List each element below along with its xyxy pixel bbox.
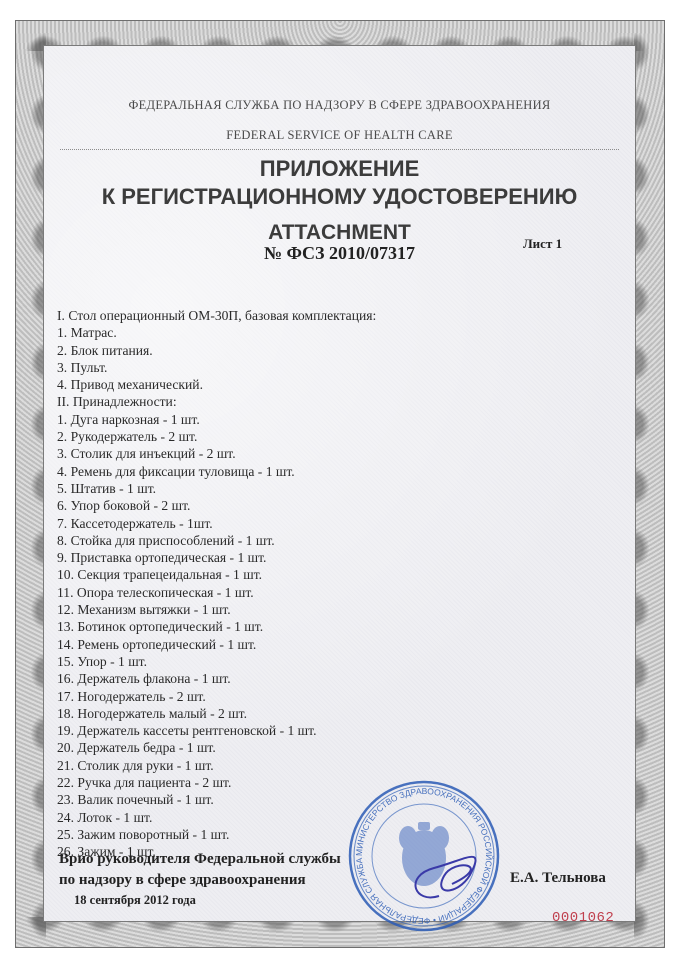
double-headed-eagle-icon [399, 822, 449, 886]
document-title-line2: К РЕГИСТРАЦИОННОМУ УДОСТОВЕРЕНИЮ [44, 184, 635, 210]
official-stamp-icon: МИНИСТЕРСТВО ЗДРАВООХРАНЕНИЯ РОССИЙСКОЙ … [344, 776, 504, 936]
divider [60, 149, 619, 150]
list-item: 2. Рукодержатель - 2 шт. [57, 428, 376, 445]
list-item: 20. Держатель бедра - 1 шт. [57, 739, 376, 756]
list-item: 21. Столик для руки - 1 шт. [57, 757, 376, 774]
list-item: 10. Секция трапецеидальная - 1 шт. [57, 566, 376, 583]
list-item: 5. Штатив - 1 шт. [57, 480, 376, 497]
equipment-list: I. Стол операционный ОМ-30П, базовая ком… [57, 307, 376, 861]
signatory-title-line1: Врио руководителя Федеральной службы [59, 849, 341, 870]
document-title-line1: ПРИЛОЖЕНИЕ [44, 156, 635, 182]
signatory-title-line2: по надзору в сфере здравоохранения [59, 870, 341, 891]
list-item: 3. Пульт. [57, 359, 376, 376]
list-item: 4. Привод механический. [57, 376, 376, 393]
list-item: 9. Приставка ортопедическая - 1 шт. [57, 549, 376, 566]
list-item: 14. Ремень ортопедический - 1 шт. [57, 636, 376, 653]
list-item: 19. Держатель кассеты рентгеновской - 1 … [57, 722, 376, 739]
list-item: II. Принадлежности: [57, 393, 376, 410]
list-item: 11. Опора телескопическая - 1 шт. [57, 584, 376, 601]
sheet-number: Лист 1 [523, 236, 562, 252]
list-item: 12. Механизм вытяжки - 1 шт. [57, 601, 376, 618]
list-item: 16. Держатель флакона - 1 шт. [57, 670, 376, 687]
list-item: 7. Кассетодержатель - 1шт. [57, 515, 376, 532]
list-item: 15. Упор - 1 шт. [57, 653, 376, 670]
signing-date: 18 сентября 2012 года [74, 893, 196, 908]
list-item: 6. Упор боковой - 2 шт. [57, 497, 376, 514]
serial-number: 0001062 [552, 910, 614, 926]
list-item: 22. Ручка для пациента - 2 шт. [57, 774, 376, 791]
list-item: 25. Зажим поворотный - 1 шт. [57, 826, 376, 843]
list-item: 18. Ногодержатель малый - 2 шт. [57, 705, 376, 722]
document-panel: ФЕДЕРАЛЬНАЯ СЛУЖБА ПО НАДЗОРУ В СФЕРЕ ЗД… [43, 45, 636, 922]
organization-name-ru: ФЕДЕРАЛЬНАЯ СЛУЖБА ПО НАДЗОРУ В СФЕРЕ ЗД… [44, 98, 635, 113]
organization-name-en: FEDERAL SERVICE OF HEALTH CARE [44, 128, 635, 143]
list-item: 1. Дуга наркозная - 1 шт. [57, 411, 376, 428]
list-item: 24. Лоток - 1 шт. [57, 809, 376, 826]
list-item: 17. Ногодержатель - 2 шт. [57, 688, 376, 705]
list-item: 1. Матрас. [57, 324, 376, 341]
signatory-title: Врио руководителя Федеральной службы по … [59, 849, 341, 891]
list-item: 13. Ботинок ортопедический - 1 шт. [57, 618, 376, 635]
list-item: 3. Столик для инъекций - 2 шт. [57, 445, 376, 462]
signatory-name: Е.А. Тельнова [510, 870, 606, 887]
list-item: I. Стол операционный ОМ-30П, базовая ком… [57, 307, 376, 324]
list-item: 2. Блок питания. [57, 342, 376, 359]
list-item: 8. Стойка для приспособлений - 1 шт. [57, 532, 376, 549]
list-item: 23. Валик почечный - 1 шт. [57, 791, 376, 808]
list-item: 4. Ремень для фиксации туловища - 1 шт. [57, 463, 376, 480]
